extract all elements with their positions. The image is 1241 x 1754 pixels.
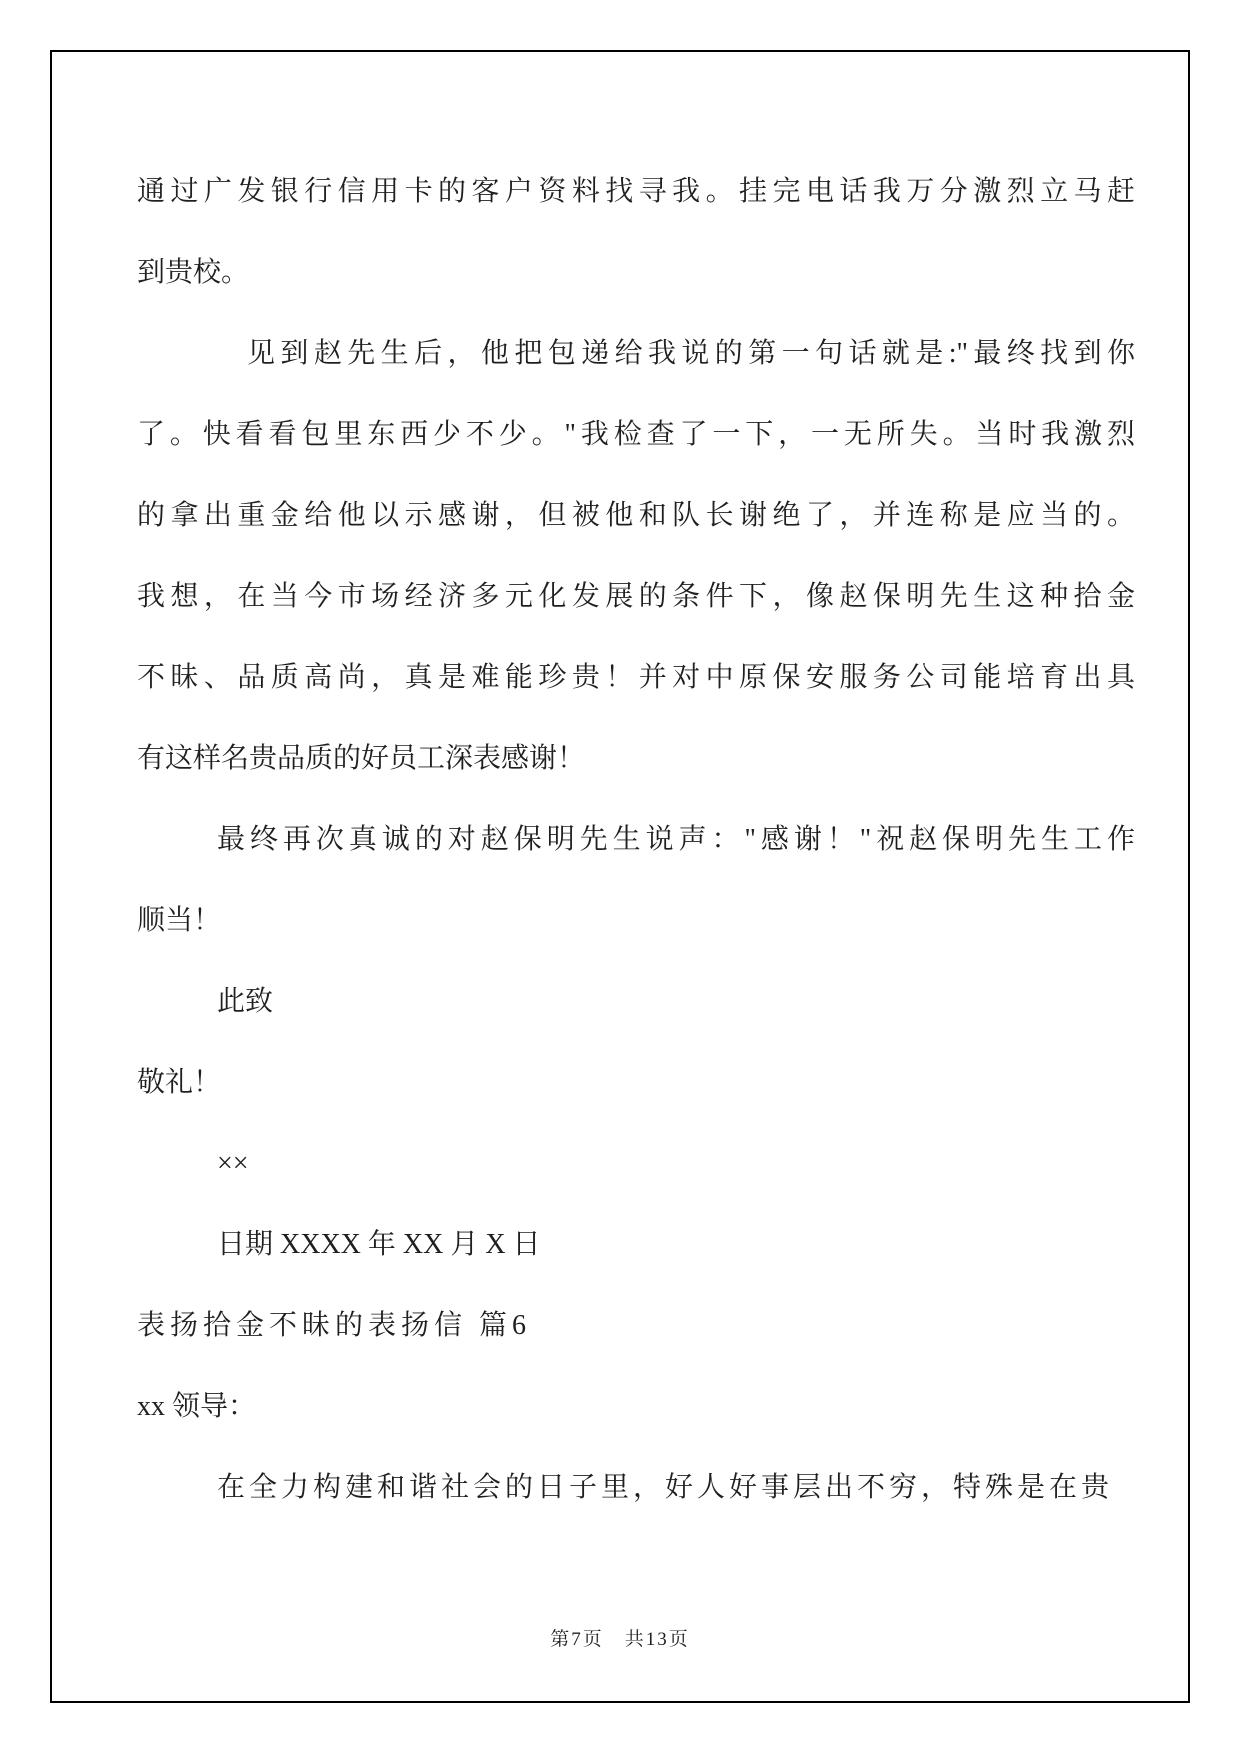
document-body: 通过广发银行信用卡的客户资料找寻我。挂完电话我万分激烈立马赶 到贵校。 见到赵先… xyxy=(137,151,1135,1528)
document-line section-heading: 表扬拾金不昧的表扬信 篇6 xyxy=(137,1285,1135,1366)
document-line: 此致 xyxy=(137,961,1135,1042)
document-line: 不昧、品质高尚，真是难能珍贵！并对中原保安服务公司能培育出具 xyxy=(137,637,1135,718)
document-line: 在全力构建和谐社会的日子里，好人好事层出不穷，特殊是在贵 xyxy=(137,1447,1135,1528)
document-line: 通过广发银行信用卡的客户资料找寻我。挂完电话我万分激烈立马赶 xyxy=(137,151,1135,232)
page-number-footer: 第7页 共13页 xyxy=(50,1628,1190,1652)
document-line: 见到赵先生后，他把包递给我说的第一句话就是:"最终找到你 xyxy=(137,313,1135,394)
document-line: ×× xyxy=(137,1123,1135,1204)
page-indicator: 第7页 共13页 xyxy=(550,1629,690,1650)
document-line: 最终再次真诚的对赵保明先生说声："感谢！"祝赵保明先生工作 xyxy=(137,799,1135,880)
document-line: 我想，在当今市场经济多元化发展的条件下，像赵保明先生这种拾金 xyxy=(137,556,1135,637)
document-line: 了。快看看包里东西少不少。"我检查了一下，一无所失。当时我激烈 xyxy=(137,394,1135,475)
document-line: 的拿出重金给他以示感谢，但被他和队长谢绝了，并连称是应当的。 xyxy=(137,475,1135,556)
document-line: 日期 XXXX 年 XX 月 X 日 xyxy=(137,1204,1135,1285)
document-page: 通过广发银行信用卡的客户资料找寻我。挂完电话我万分激烈立马赶 到贵校。 见到赵先… xyxy=(0,0,1241,1754)
document-line: 到贵校。 xyxy=(137,232,1135,313)
document-line: 敬礼！ xyxy=(137,1042,1135,1123)
document-line salutation: xx 领导： xyxy=(137,1366,1135,1447)
document-line: 顺当！ xyxy=(137,880,1135,961)
document-line: 有这样名贵品质的好员工深表感谢！ xyxy=(137,718,1135,799)
